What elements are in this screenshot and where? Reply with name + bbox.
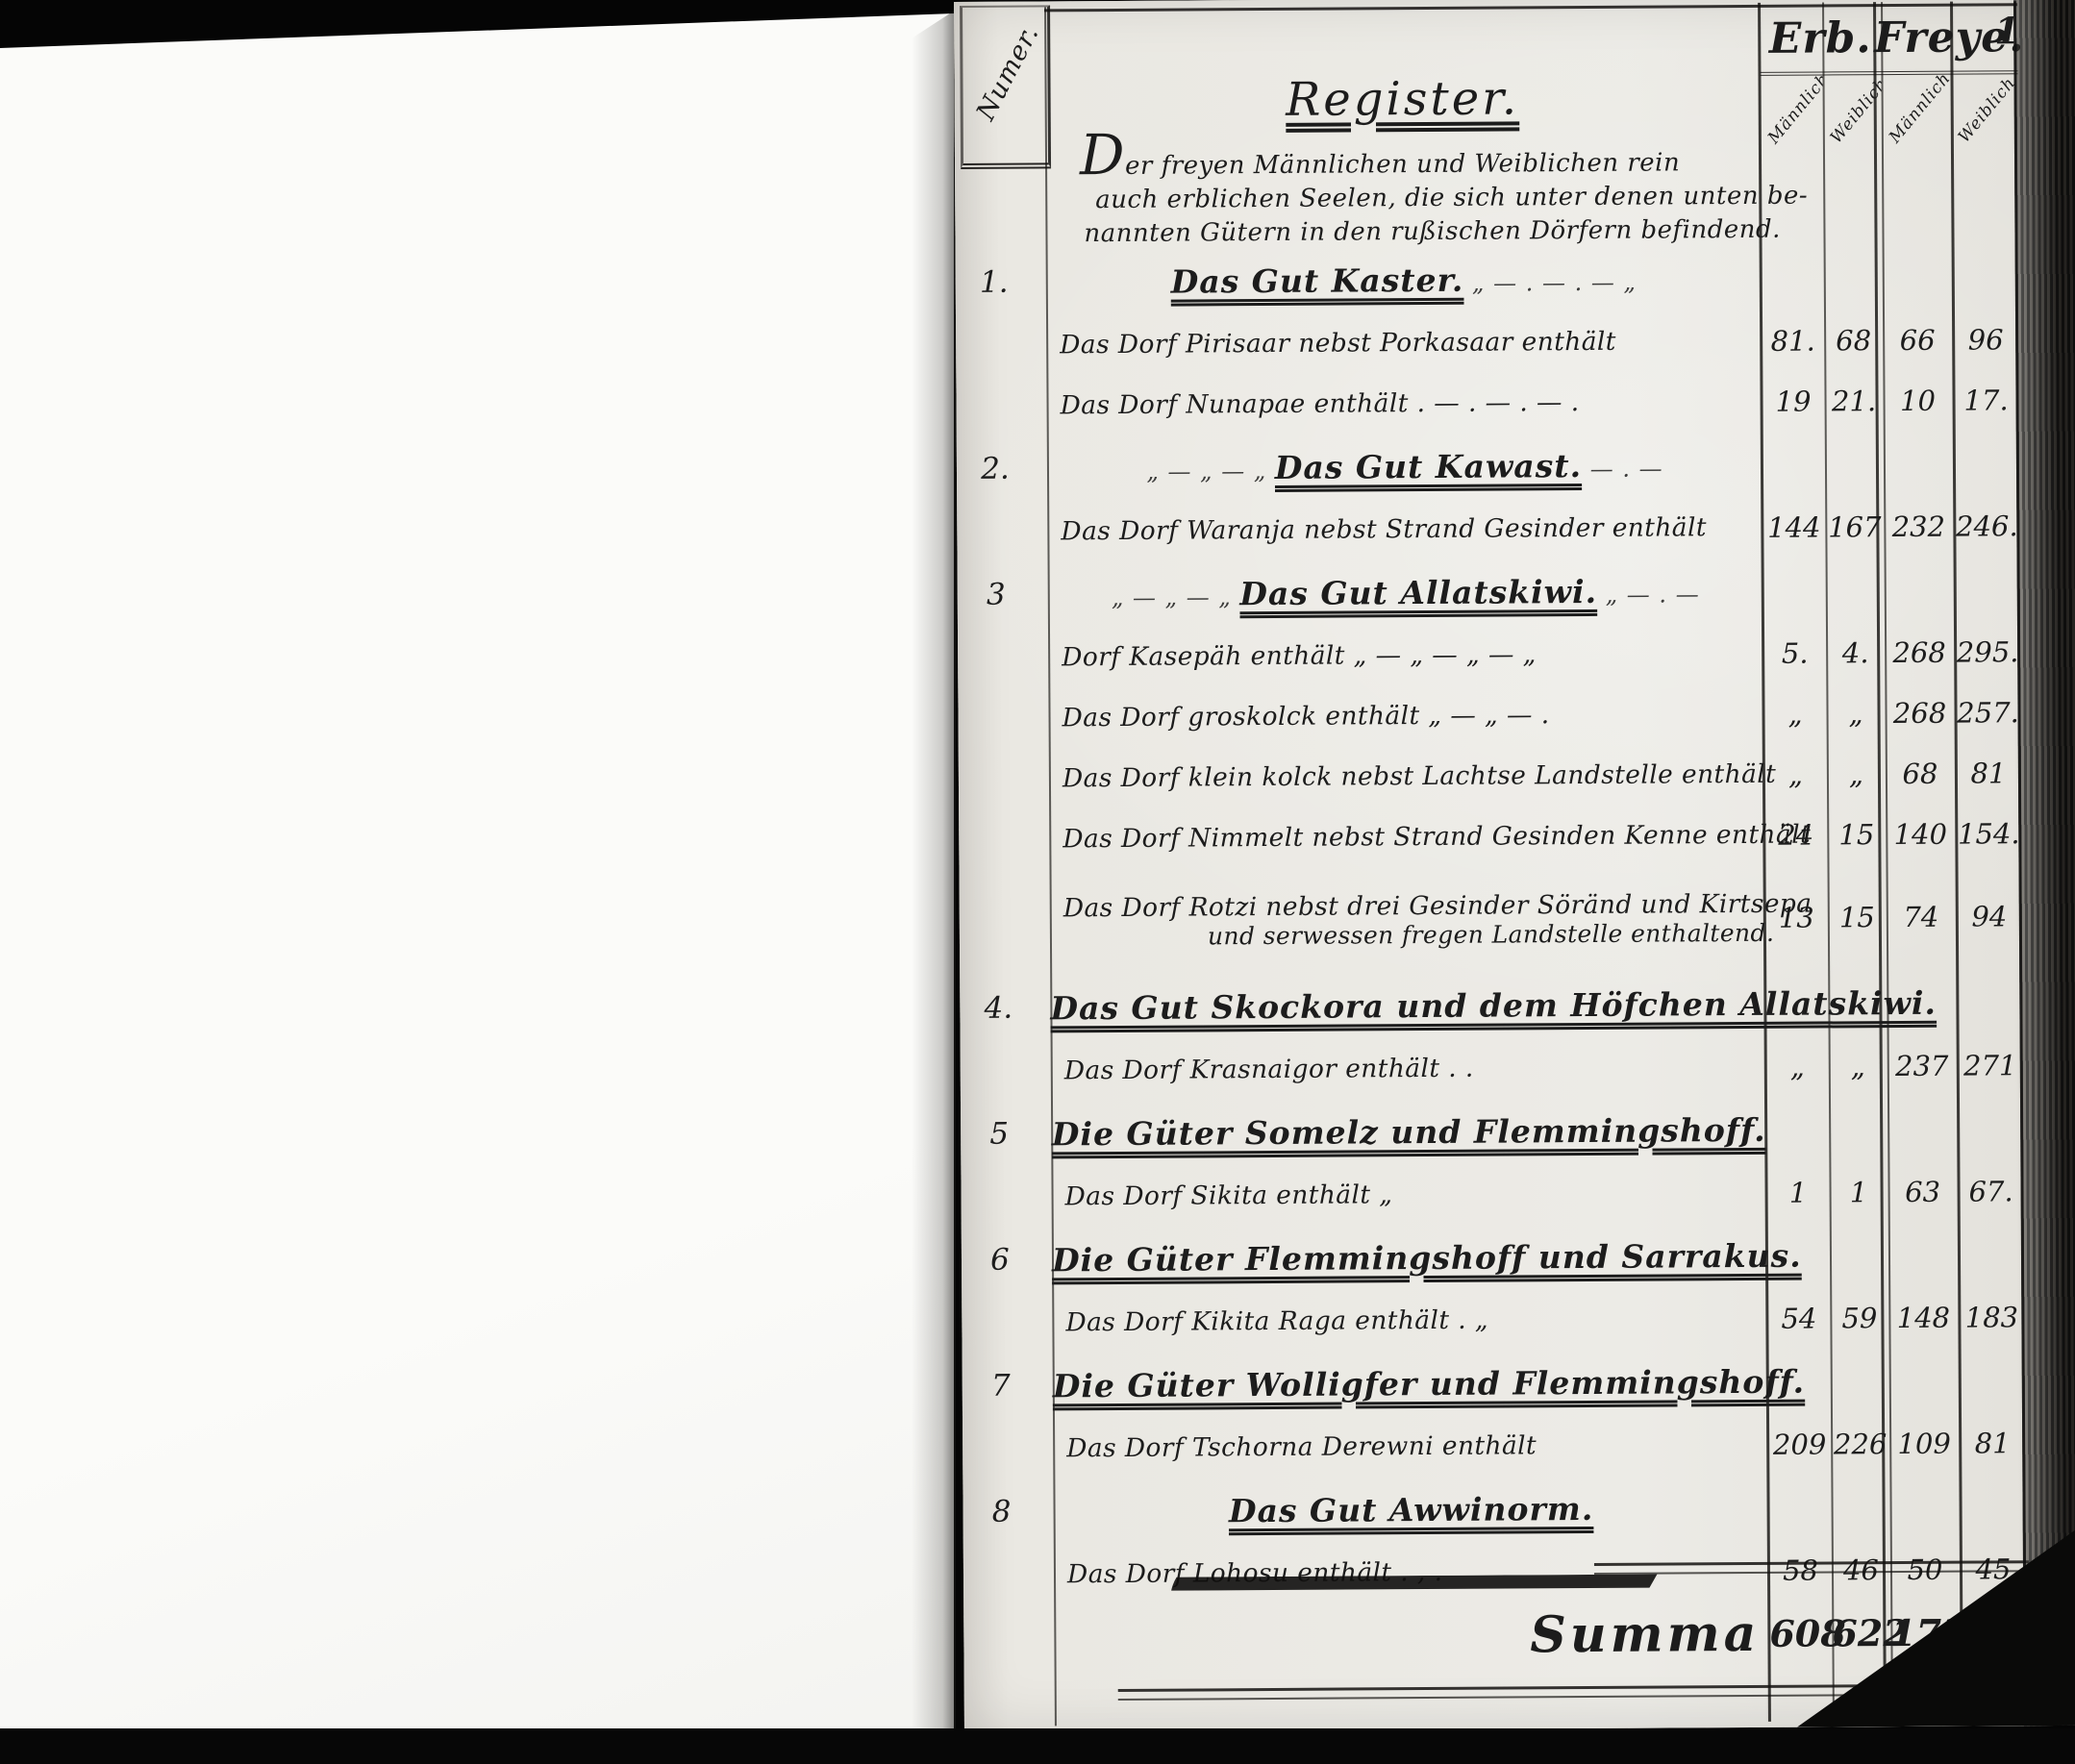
village-entry-row: Das Dorf Sikita enthält „116367. bbox=[961, 1160, 2024, 1228]
blank-left-page bbox=[0, 0, 954, 1764]
count-cell: „ bbox=[1826, 697, 1885, 730]
count-cell: 68 bbox=[1886, 757, 1955, 789]
count-cell: 24 bbox=[1764, 818, 1827, 851]
count-cell: 15 bbox=[1828, 901, 1887, 933]
village-description: Das Dorf groskolck enthält „ — „ — . bbox=[1048, 699, 1763, 733]
village-entry-row: Das Dorf Rotzi nebst drei Gesinder Sörän… bbox=[960, 863, 2024, 976]
count-cell: 167 bbox=[1825, 510, 1884, 543]
village-entry-row: Das Dorf klein kolck nebst Lachtse Lands… bbox=[959, 742, 2022, 809]
count-cell: 246. bbox=[1953, 509, 2020, 542]
section-number bbox=[958, 658, 1048, 658]
village-entry-row: Das Dorf Krasnaigor enthält . .„„237271 bbox=[961, 1034, 2024, 1102]
count-cell: 81 bbox=[1959, 1427, 2026, 1459]
village-description: Das Dorf Nimmelt nebst Strand Gesinden K… bbox=[1049, 820, 1764, 855]
village-description: Das Dorf klein kolck nebst Lachtse Lands… bbox=[1049, 759, 1764, 794]
section-heading-row: 1.Das Gut Kaster. „ — . — . — „ bbox=[956, 243, 2019, 315]
section-heading-row: 5Die Güter Somelz und Flemmingshoff. bbox=[961, 1095, 2024, 1167]
village-description: Das Dorf Pirisaar nebst Porkasaar enthäl… bbox=[1046, 326, 1762, 360]
count-cell: 237 bbox=[1887, 1049, 1957, 1081]
sub-header-erb-female: Weiblich bbox=[1822, 71, 1882, 158]
count-cell: 17. bbox=[1952, 384, 2019, 416]
section-heading-row: 3„ — „ — „ Das Gut Allatskiwi. „ — . — bbox=[958, 556, 2021, 628]
count-cell: 74 bbox=[1887, 901, 1956, 933]
section-number bbox=[959, 839, 1049, 840]
count-cell: „ bbox=[1763, 697, 1826, 730]
village-description: Das Dorf Tschorna Derewni enthält bbox=[1053, 1429, 1768, 1464]
village-description: Das Dorf Krasnaigor enthält . . bbox=[1051, 1052, 1766, 1086]
section-number: 1. bbox=[956, 264, 1046, 300]
count-cell: 268 bbox=[1885, 635, 1954, 668]
summa-erb-male: 608 bbox=[1769, 1611, 1832, 1654]
count-cell: 15 bbox=[1827, 818, 1886, 851]
count-cell: „ bbox=[1829, 1050, 1887, 1082]
village-entry-row: Dorf Kasepäh enthält „ — „ — „ — „5.4.26… bbox=[958, 621, 2021, 688]
scan-bottom-edge bbox=[0, 1728, 2075, 1764]
intro-line: Der freyen Männlichen und Weiblichen rei… bbox=[1080, 141, 1753, 184]
book-spine-shadow bbox=[2013, 0, 2075, 1726]
count-cell: 1 bbox=[1829, 1176, 1887, 1208]
count-cell: 67. bbox=[1957, 1175, 2024, 1207]
estate-name: Das Gut Awwinorm. bbox=[1053, 1488, 1768, 1530]
section-heading-row: 2.„ — „ — „ Das Gut Kawast. — . — bbox=[957, 430, 2020, 502]
sub-header-freye-male: Männlich bbox=[1881, 71, 1951, 158]
count-cell: „ bbox=[1827, 758, 1886, 790]
erb-column-header: Erb. bbox=[1760, 4, 1881, 72]
summa-label: Summa bbox=[1054, 1604, 1769, 1668]
village-description: Dorf Kasepäh enthält „ — „ — „ — „ bbox=[1048, 638, 1763, 673]
section-heading-row: 8Das Gut Awwinorm. bbox=[962, 1473, 2026, 1545]
page-fold-shadow bbox=[912, 0, 956, 1764]
count-cell: 54 bbox=[1767, 1302, 1830, 1334]
village-description: Das Dorf Nunapae enthält . — . — . — . bbox=[1046, 386, 1762, 421]
section-number: 3 bbox=[958, 577, 1048, 612]
page-title: Register. bbox=[1044, 70, 1760, 129]
count-cell: 232 bbox=[1884, 509, 1953, 542]
section-number bbox=[959, 718, 1049, 719]
count-cell: 81 bbox=[1955, 757, 2022, 789]
village-description: Das Dorf Sikita enthält „ bbox=[1051, 1178, 1766, 1212]
section-number: 2. bbox=[957, 451, 1047, 486]
estate-name: Das Gut Kaster. „ — . — . — „ bbox=[1046, 259, 1762, 301]
count-cell: 66 bbox=[1883, 323, 1952, 356]
scanned-register-document: { "colors": { "ink": "#1c1c1c", "paper_r… bbox=[0, 0, 2075, 1764]
count-cell: 268 bbox=[1885, 696, 1954, 729]
count-cell: 94 bbox=[1956, 900, 2023, 932]
estate-name: „ — „ — „ Das Gut Kawast. — . — bbox=[1047, 445, 1762, 487]
numer-label: Numer. bbox=[971, 20, 1045, 125]
estate-name: Die Güter Somelz und Flemmingshoff. bbox=[1051, 1110, 1766, 1153]
count-cell: „ bbox=[1766, 1050, 1829, 1082]
section-number bbox=[962, 1323, 1052, 1324]
section-number bbox=[962, 1197, 1052, 1198]
section-number bbox=[961, 1071, 1051, 1072]
count-cell: 1 bbox=[1766, 1176, 1829, 1208]
intro-paragraph: Der freyen Männlichen und Weiblichen rei… bbox=[1080, 141, 1754, 251]
count-cell: 295. bbox=[1954, 635, 2021, 668]
estate-name: Die Güter Flemmingshoff und Sarrakus. bbox=[1052, 1236, 1767, 1279]
count-cell: 13 bbox=[1765, 901, 1828, 933]
count-cell: 183 bbox=[1958, 1301, 2025, 1333]
estate-name: „ — „ — „ Das Gut Allatskiwi. „ — . — bbox=[1048, 571, 1763, 613]
section-number bbox=[957, 532, 1047, 533]
section-number: 5 bbox=[961, 1116, 1051, 1152]
section-number bbox=[956, 345, 1046, 346]
section-number bbox=[959, 779, 1049, 780]
count-cell: 271 bbox=[1957, 1049, 2024, 1081]
register-page: Numer. Erb. Freye. Männlich Weiblich Män… bbox=[954, 0, 2075, 1732]
count-cell: 154. bbox=[1955, 817, 2022, 850]
section-number: 8 bbox=[962, 1494, 1053, 1529]
count-cell: 140 bbox=[1886, 817, 1955, 850]
count-cell: „ bbox=[1764, 758, 1827, 790]
count-cell: 68 bbox=[1824, 324, 1883, 357]
count-cell: 109 bbox=[1889, 1427, 1959, 1459]
sub-header-freye-female: Weiblich bbox=[1950, 70, 2018, 157]
village-entry-row: Das Dorf Nimmelt nebst Strand Gesinden K… bbox=[959, 803, 2022, 870]
section-number: 7 bbox=[962, 1368, 1053, 1404]
section-number bbox=[960, 922, 1050, 923]
count-cell: 10 bbox=[1883, 384, 1952, 416]
estate-name: Das Gut Skockora und dem Höfchen Allatsk… bbox=[1050, 984, 1765, 1027]
village-description: Das Dorf Waranja nebst Strand Gesinder e… bbox=[1047, 512, 1762, 547]
estate-name: Die Güter Wolligfer und Flemmingshoff. bbox=[1053, 1362, 1768, 1404]
village-description: Das Dorf Kikita Raga enthält . „ bbox=[1052, 1304, 1767, 1338]
village-entry-row: Das Dorf Nunapae enthält . — . — . — .19… bbox=[956, 369, 2019, 436]
section-heading-row: 7Die Güter Wolligfer und Flemmingshoff. bbox=[962, 1347, 2026, 1419]
village-entry-row: Das Dorf groskolck enthält „ — „ — .„„26… bbox=[958, 682, 2021, 749]
count-cell: 257. bbox=[1954, 696, 2021, 729]
numer-header-box: Numer. bbox=[960, 5, 1051, 169]
count-cell: 209 bbox=[1768, 1428, 1831, 1460]
count-cell: 19 bbox=[1762, 385, 1824, 417]
section-number bbox=[957, 406, 1047, 407]
count-cell: 96 bbox=[1952, 323, 2019, 356]
summa-row: Summa 608 622 1733 1887 bbox=[963, 1603, 2027, 1668]
village-description: Das Dorf Rotzi nebst drei Gesinder Sörän… bbox=[1050, 889, 1765, 952]
count-cell: 148 bbox=[1888, 1301, 1958, 1333]
village-entry-row: Das Dorf Kikita Raga enthält . „54591481… bbox=[962, 1286, 2025, 1354]
sub-header-erb-male: Männlich bbox=[1760, 71, 1823, 158]
register-rows: 1.Das Gut Kaster. „ — . — . — „Das Dorf … bbox=[956, 243, 2028, 1605]
village-entry-row: Das Dorf Tschorna Derewni enthält2092261… bbox=[962, 1412, 2026, 1479]
section-number bbox=[963, 1575, 1054, 1576]
count-cell: 5. bbox=[1763, 636, 1826, 669]
section-number bbox=[962, 1449, 1053, 1450]
section-number: 4. bbox=[960, 990, 1050, 1026]
count-cell: 21. bbox=[1824, 385, 1883, 417]
summa-erb-female: 622 bbox=[1832, 1611, 1890, 1654]
section-heading-row: 4.Das Gut Skockora und dem Höfchen Allat… bbox=[960, 969, 2023, 1041]
section-heading-row: 6Die Güter Flemmingshoff und Sarrakus. bbox=[962, 1221, 2025, 1293]
intro-line: auch erblichen Seelen, die sich unter de… bbox=[1080, 180, 1753, 217]
count-cell: 63 bbox=[1887, 1175, 1957, 1207]
count-cell: 81. bbox=[1762, 324, 1824, 357]
section-number: 6 bbox=[962, 1242, 1052, 1278]
village-entry-row: Das Dorf Waranja nebst Strand Gesinder e… bbox=[957, 495, 2020, 562]
village-entry-row: Das Dorf Pirisaar nebst Porkasaar enthäl… bbox=[956, 309, 2019, 376]
count-cell: 144 bbox=[1762, 510, 1825, 543]
count-cell: 226 bbox=[1831, 1428, 1889, 1460]
count-cell: 59 bbox=[1830, 1302, 1888, 1334]
count-cell: 4. bbox=[1826, 636, 1885, 669]
